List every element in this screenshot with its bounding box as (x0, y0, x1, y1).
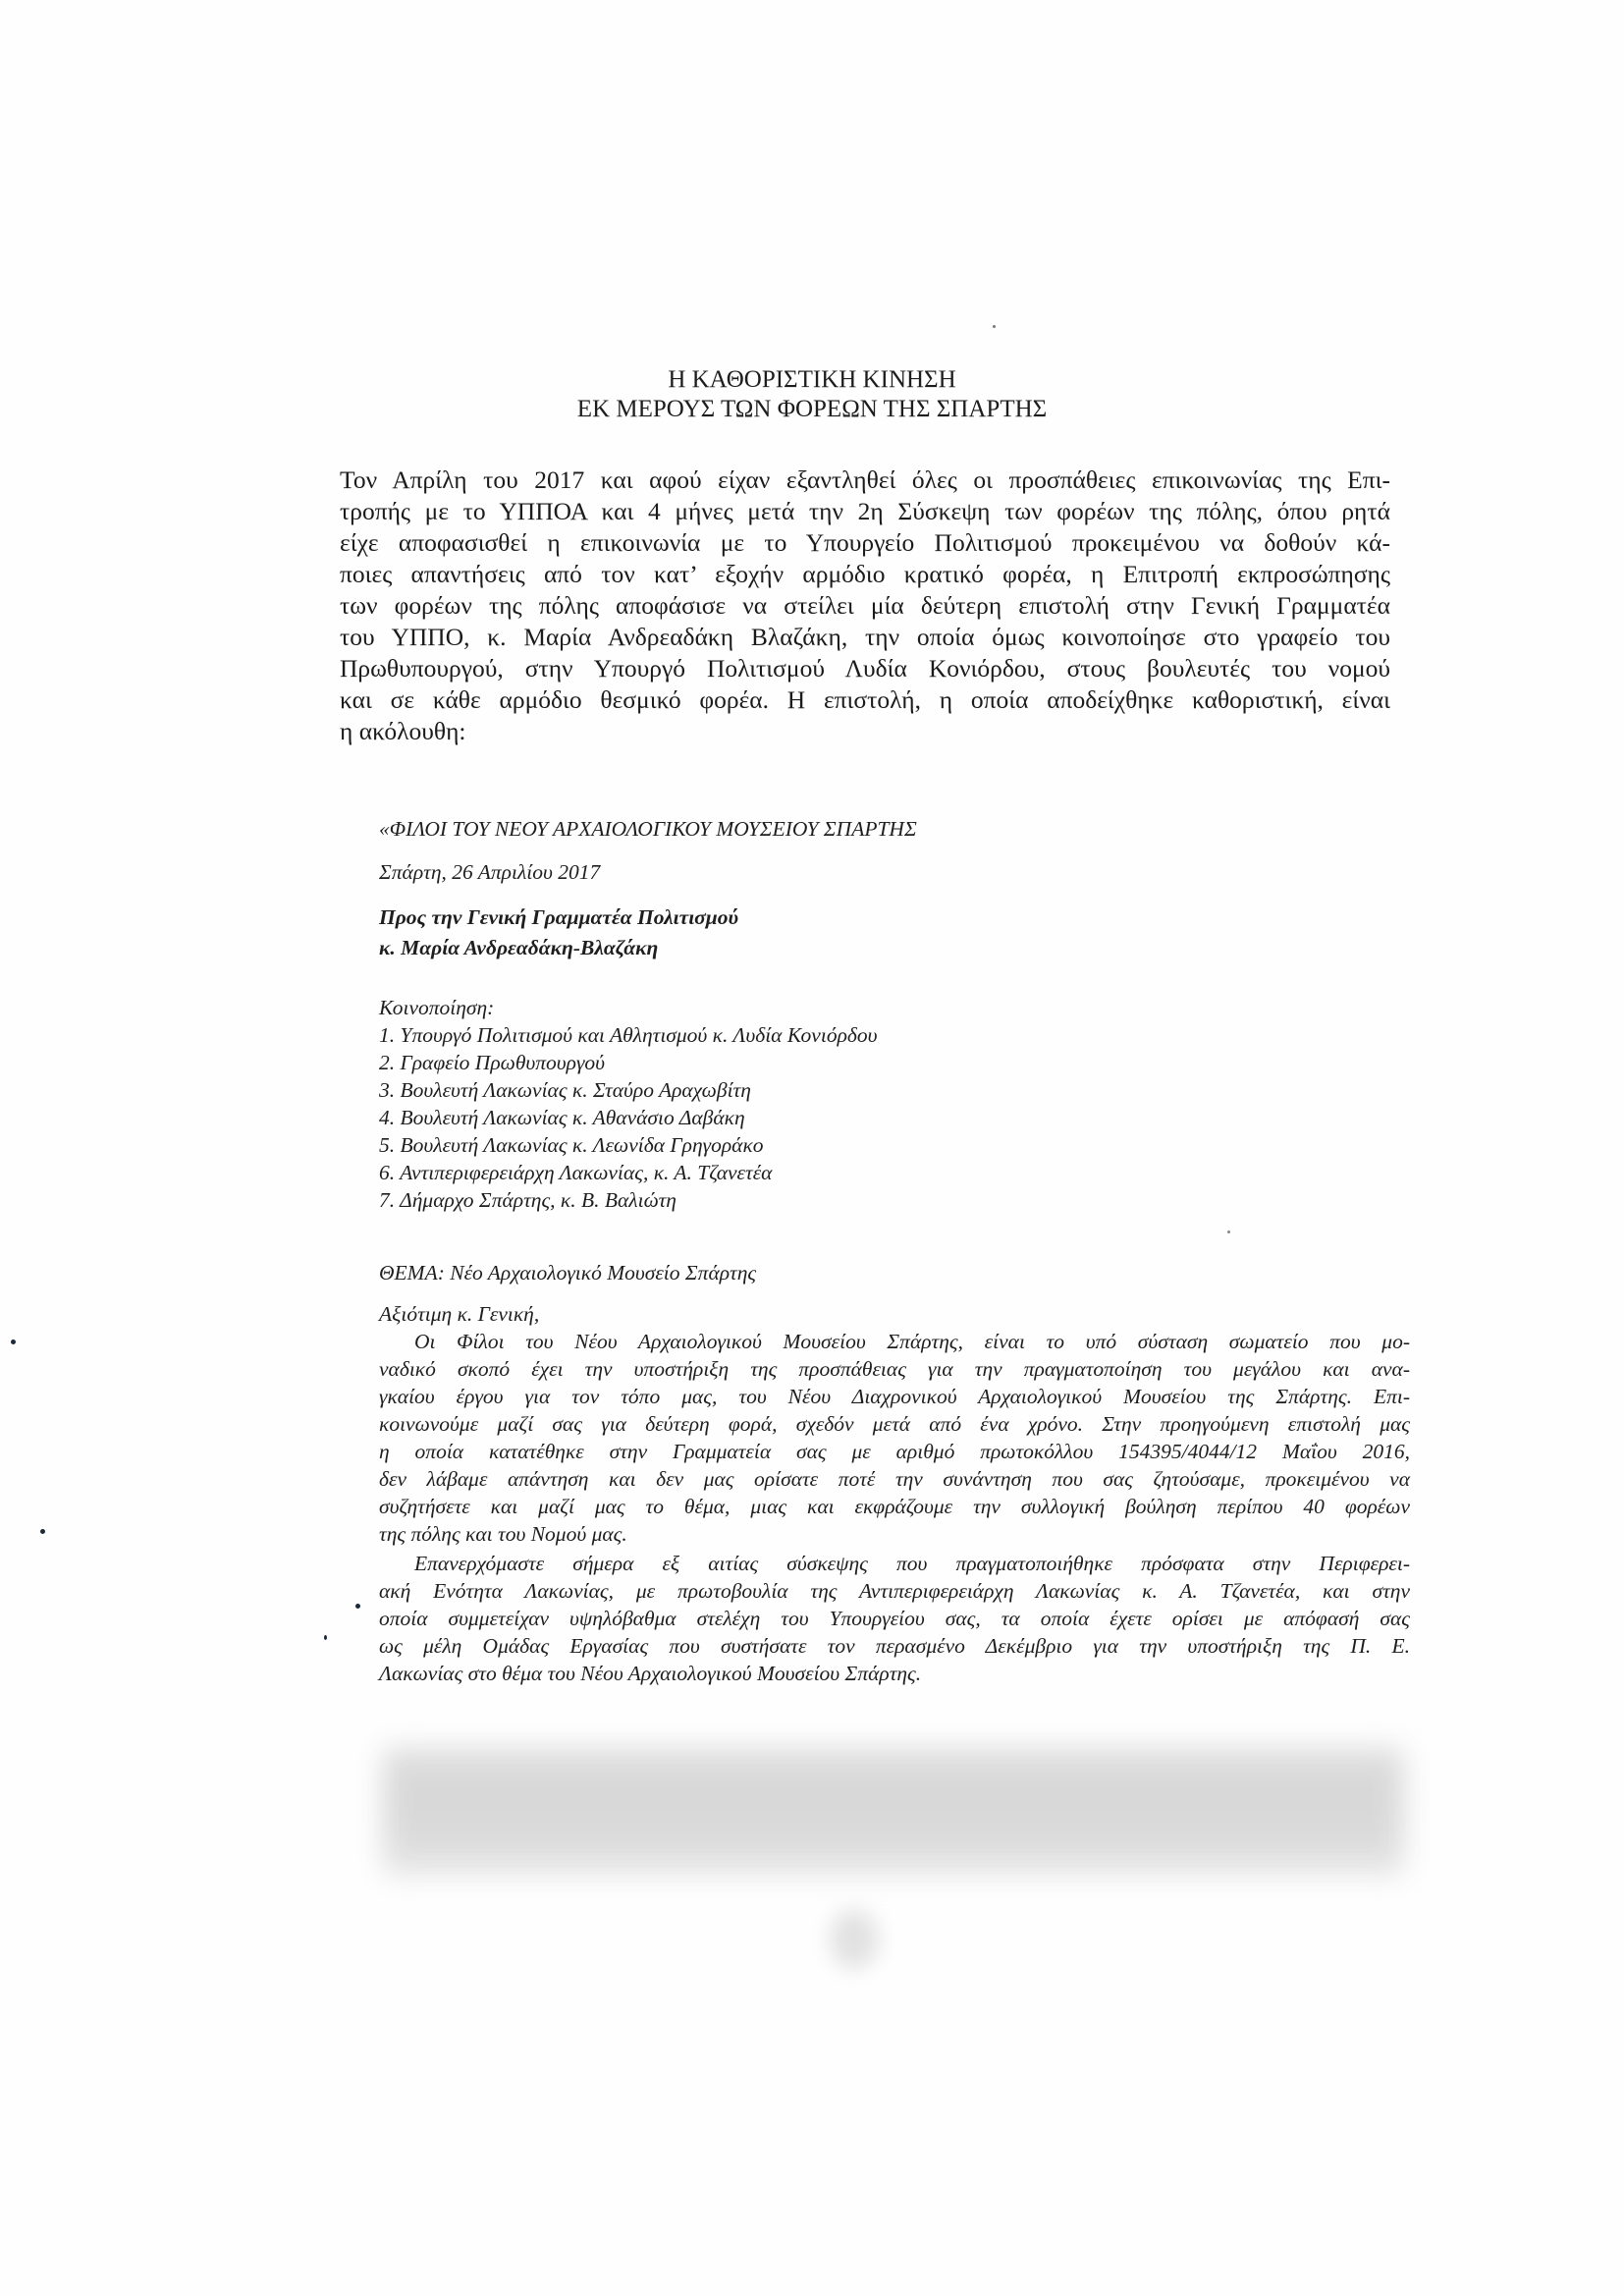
page-title-line-1: Η ΚΑΘΟΡΙΣΤΙΚΗ ΚΙΝΗΣΗ (0, 365, 1624, 395)
intro-line: Πρωθυπουργού, στην Υπουργό Πολιτισμού Λυ… (340, 654, 1390, 683)
letter-paragraph-2-line: Λακωνίας στο θέμα του Νέου Αρχαιολογικού… (379, 1662, 921, 1686)
intro-line: Τον Απρίλη του 2017 και αφού είχαν εξαντ… (340, 465, 1390, 495)
letter-salutation: Αξιότιμη κ. Γενική, (379, 1302, 539, 1327)
scan-speck (324, 1635, 327, 1640)
letter-recipient-line-1: Προς την Γενική Γραμματέα Πολιτισμού (379, 905, 738, 930)
blurred-page-number (830, 1910, 879, 1969)
cc-list-item: 5. Βουλευτή Λακωνίας κ. Λεωνίδα Γρηγοράκ… (379, 1133, 764, 1158)
blurred-content-region (383, 1748, 1404, 1876)
letter-paragraph-2-line: Επανερχόμαστε σήμερα εξ αιτίας σύσκεψης … (414, 1552, 1410, 1576)
scan-speck (993, 325, 996, 328)
intro-line: του ΥΠΠΟ, κ. Μαρία Ανδρεαδάκη Βλαζάκη, τ… (340, 623, 1390, 652)
letter-recipient-line-2: κ. Μαρία Ανδρεαδάκη-Βλαζάκη (379, 936, 658, 960)
intro-line: ποιες απαντήσεις από τον κατ’ εξοχήν αρμ… (340, 560, 1390, 589)
cc-list-item: 2. Γραφείο Πρωθυπουργού (379, 1051, 605, 1075)
letter-paragraph-1-line: συζητήσετε και μαζί μας το θέμα, μιας κα… (379, 1495, 1410, 1519)
scan-speck (40, 1529, 45, 1534)
letter-paragraph-2-line: οποία συμμετείχαν υψηλόβαθμα στελέχη του… (379, 1607, 1410, 1631)
letter-paragraph-1-line: ναδικό σκοπό έχει την υποστήριξη της προ… (379, 1357, 1410, 1382)
letter-paragraph-1-line: δεν λάβαμε απάντηση και δεν μας ορίσατε … (379, 1467, 1410, 1492)
letter-paragraph-1-line: Οι Φίλοι του Νέου Αρχαιολογικού Μουσείου… (414, 1330, 1410, 1354)
cc-list-item: 7. Δήμαρχο Σπάρτης, κ. Β. Βαλιώτη (379, 1188, 677, 1213)
scan-speck (355, 1604, 360, 1609)
scanned-page: Η ΚΑΘΟΡΙΣΤΙΚΗ ΚΙΝΗΣΗ ΕΚ ΜΕΡΟΥΣ ΤΩΝ ΦΟΡΕΩ… (0, 0, 1624, 2296)
page-title-line-2: ΕΚ ΜΕΡΟΥΣ ΤΩΝ ΦΟΡΕΩΝ ΤΗΣ ΣΠΑΡΤΗΣ (0, 395, 1624, 424)
page-title: Η ΚΑΘΟΡΙΣΤΙΚΗ ΚΙΝΗΣΗ ΕΚ ΜΕΡΟΥΣ ΤΩΝ ΦΟΡΕΩ… (0, 365, 1624, 424)
intro-line: η ακόλουθη: (340, 717, 1390, 746)
cc-list-item: 4. Βουλευτή Λακωνίας κ. Αθανάσιο Δαβάκη (379, 1106, 745, 1130)
cc-list-item: 3. Βουλευτή Λακωνίας κ. Σταύρο Αραχωβίτη (379, 1078, 751, 1103)
letter-header: «ΦΙΛΟΙ ΤΟΥ ΝΕΟΥ ΑΡΧΑΙΟΛΟΓΙΚΟΥ ΜΟΥΣΕΙΟΥ Σ… (379, 817, 917, 842)
letter-paragraph-2-line: ακή Ενότητα Λακωνίας, με πρωτοβουλία της… (379, 1579, 1410, 1604)
cc-list-item: 1. Υπουργό Πολιτισμού και Αθλητισμού κ. … (379, 1023, 878, 1048)
letter-paragraph-1-line: γκαίου έργου για τον τόπο μας, του Νέου … (379, 1385, 1410, 1409)
intro-line: είχε αποφασισθεί η επικοινωνία με το Υπο… (340, 528, 1390, 558)
intro-line: των φορέων της πόλης αποφάσισε να στείλε… (340, 591, 1390, 621)
letter-paragraph-1-line: της πόλης και του Νομού μας. (379, 1522, 627, 1547)
scan-speck (11, 1339, 16, 1344)
intro-line: και σε κάθε αρμόδιο θεσμικό φορέα. Η επι… (340, 685, 1390, 715)
letter-date: Σπάρτη, 26 Απριλίου 2017 (379, 860, 600, 885)
cc-label: Κοινοποίηση: (379, 996, 494, 1020)
scan-speck (1227, 1230, 1230, 1233)
intro-line: τροπής με το ΥΠΠΟΑ και 4 μήνες μετά την … (340, 497, 1390, 526)
letter-paragraph-1-line: η οποία κατατέθηκε στην Γραμματεία σας μ… (379, 1440, 1410, 1464)
letter-subject: ΘΕΜΑ: Νέο Αρχαιολογικό Μουσείο Σπάρτης (379, 1261, 756, 1285)
letter-paragraph-2-line: ως μέλη Ομάδας Εργασίας που συστήσατε το… (379, 1634, 1410, 1659)
letter-paragraph-1-line: κοινωνούμε μαζί σας για δεύτερη φορά, σχ… (379, 1412, 1410, 1437)
cc-list-item: 6. Αντιπεριφερειάρχη Λακωνίας, κ. Α. Τζα… (379, 1161, 772, 1185)
